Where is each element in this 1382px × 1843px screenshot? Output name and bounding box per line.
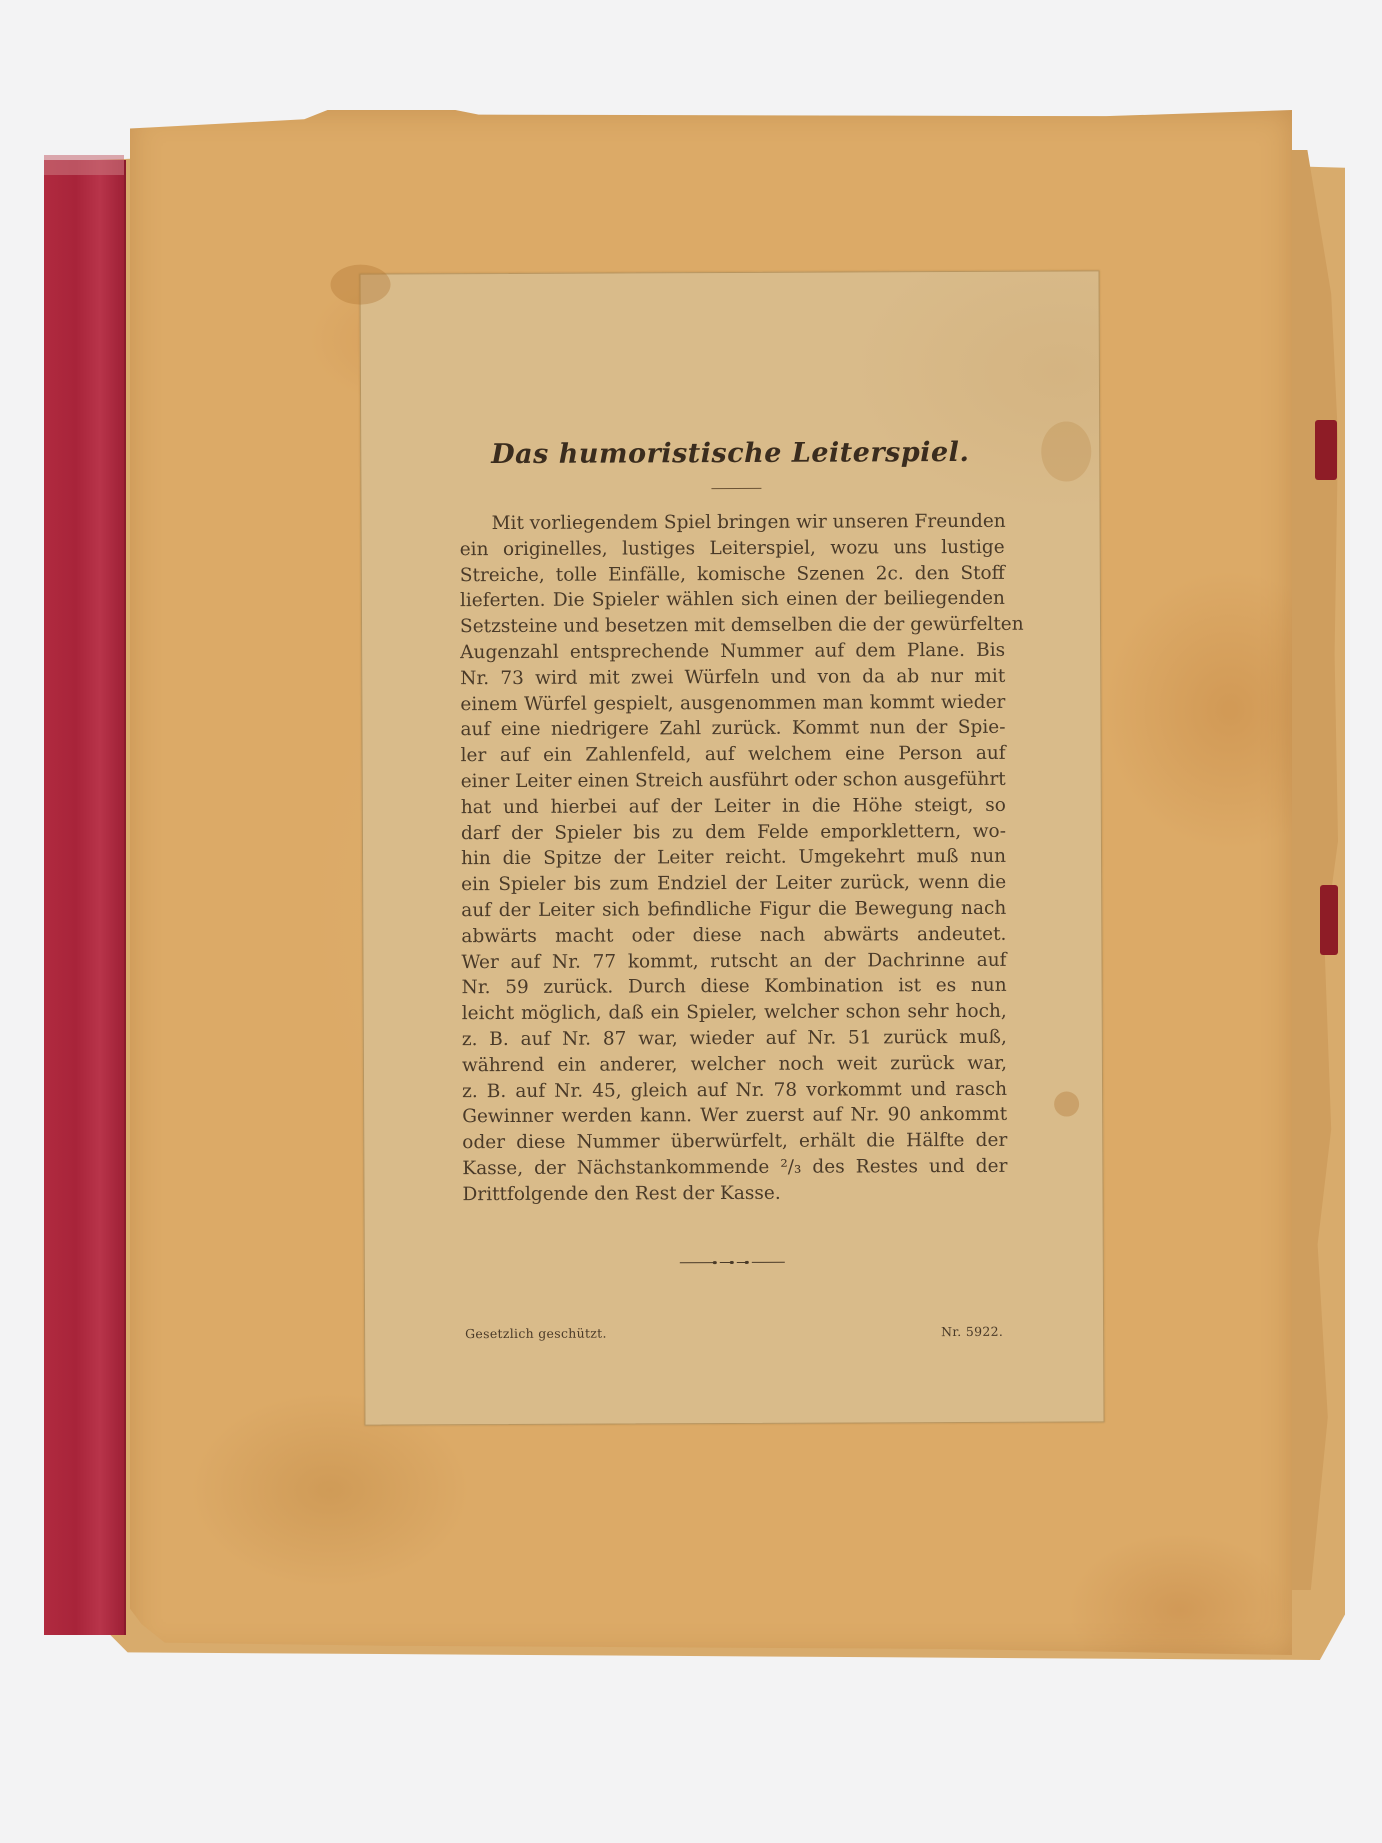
body-line: ein Spieler bis zum Endziel der Leiter z… [461,870,1006,898]
body-line: Kasse, der Nächstankommende ²/₃ des Rest… [462,1154,1007,1182]
instruction-label: Das humoristische Leiterspiel. Mit vorli… [359,270,1104,1425]
body-line: Setzsteine und besetzen mit demselben di… [460,612,1005,640]
body-line: während ein anderer, welcher noch weit z… [462,1051,1007,1079]
body-line: Gewinner werden kann. Wer zuerst auf Nr.… [462,1102,1007,1130]
body-line: hat und hierbei auf der Leiter in die Hö… [461,793,1006,821]
body-line: Mit vorliegendem Spiel bringen wir unser… [460,509,1005,537]
body-line: einem Würfel gespielt, ausgenommen man k… [460,689,1005,717]
document-title: Das humoristische Leiterspiel. [361,436,1099,470]
body-line: einer Leiter einen Streich ausführt oder… [461,767,1006,795]
body-line: leicht möglich, daß ein Spieler, welcher… [462,999,1007,1027]
body-line: oder diese Nummer überwürfelt, erhält di… [462,1128,1007,1156]
body-line: lieferten. Die Spieler wählen sich einen… [460,586,1005,614]
body-line: Augenzahl entsprechende Nummer auf dem P… [460,638,1005,666]
document-body: Mit vorliegendem Spiel bringen wir unser… [460,509,1008,1208]
body-line: z. B. auf Nr. 87 war, wieder auf Nr. 51 … [462,1025,1007,1053]
body-line: abwärts macht oder diese nach abwärts an… [461,922,1006,950]
ornament-line [680,1262,715,1263]
ornament-dot [730,1261,734,1264]
stain [330,264,390,304]
red-binding-tab [1320,885,1338,955]
catalog-number: Nr. 5922. [941,1324,1003,1339]
stain [1054,1091,1079,1116]
body-line: z. B. auf Nr. 45, gleich auf Nr. 78 vork… [462,1076,1007,1104]
ornament-dot [713,1261,717,1264]
body-line: auf der Leiter sich befindliche Figur di… [461,896,1006,924]
body-line: Nr. 73 wird mit zwei Würfeln und von da … [460,664,1005,692]
body-line: darf der Spieler bis zu dem Felde empork… [461,818,1006,846]
red-spine [44,160,126,1635]
body-line: Streiche, tolle Einfälle, komische Szene… [460,560,1005,588]
ornament-divider [680,1258,785,1268]
body-line: auf eine niedrigere Zahl zurück. Kommt n… [460,715,1005,743]
title-rule [711,488,761,489]
ornament-line [752,1262,785,1263]
red-binding-tab [1315,420,1337,480]
copyright-notice: Gesetzlich geschützt. [465,1326,607,1342]
body-line: hin die Spitze der Leiter reicht. Umgeke… [461,844,1006,872]
body-line: ler auf ein Zahlenfeld, auf welchem eine… [461,741,1006,769]
ornament-dot [745,1261,749,1264]
photo-scene: Das humoristische Leiterspiel. Mit vorli… [0,0,1382,1843]
body-line: Nr. 59 zurück. Durch diese Kombination i… [462,973,1007,1001]
body-line: Drittfolgende den Rest der Kasse. [462,1180,1007,1208]
body-line: Wer auf Nr. 77 kommt, rutscht an der Dac… [461,947,1006,975]
spine-worn-edge [44,155,124,175]
body-line: ein originelles, lustiges Leiterspiel, w… [460,535,1005,563]
